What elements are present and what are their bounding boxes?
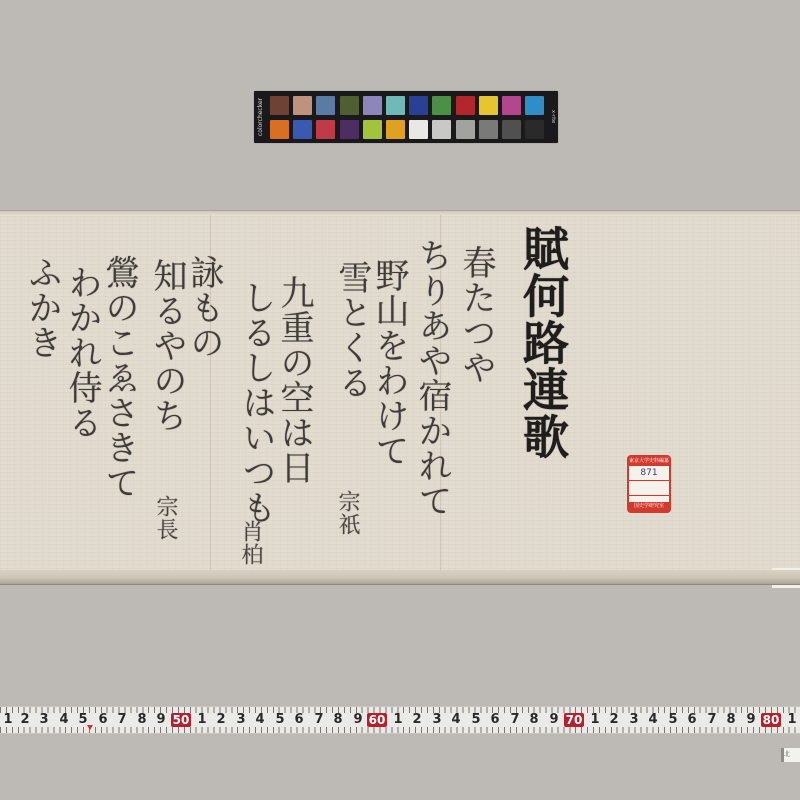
color-patch <box>363 96 382 115</box>
ruler-ticks-bottom <box>0 727 800 733</box>
color-patch <box>409 120 428 139</box>
calligraphy-column: 宗長 <box>150 495 181 541</box>
measuring-ruler: 1234567895012345678960123456789701234567… <box>0 706 800 734</box>
ruler-label: 8 <box>134 713 150 727</box>
ruler-label: 7 <box>114 713 130 727</box>
ruler-label: 8 <box>526 713 542 727</box>
color-patch <box>525 120 544 139</box>
x-rite-logo: x-rite <box>546 105 556 129</box>
corner-label: 北 <box>781 748 800 762</box>
color-patch <box>386 96 405 115</box>
color-patch <box>502 120 521 139</box>
ruler-label: 5 <box>75 713 91 727</box>
calligraphy-column: ふかき <box>18 255 67 360</box>
ruler-label: 6 <box>487 713 503 727</box>
collection-label: 東京大学史料編纂所 871 国史学研究室 <box>627 455 671 513</box>
calligraphy-column: しるしはいつも <box>232 280 281 525</box>
renga-title: 賦何路連歌 <box>510 225 576 460</box>
color-patch <box>293 96 312 115</box>
ruler-label: 4 <box>252 713 268 727</box>
label-catalog-number: 871 <box>629 466 669 481</box>
ruler-label: 1 <box>194 713 210 727</box>
calligraphy-column: 雪とくる <box>328 260 377 400</box>
ruler-label: 9 <box>350 713 366 727</box>
ruler-label: 2 <box>17 713 33 727</box>
ruler-label: 2 <box>213 713 229 727</box>
ruler-label: 5 <box>468 713 484 727</box>
ruler-label: 1 <box>390 713 406 727</box>
ruler-label: 5 <box>665 713 681 727</box>
calligraphy-text-area: 賦何路連歌 春たつやちりあや宿かれて野山をわけて雪とくる宗祇九重の空は日しるしは… <box>0 210 800 585</box>
ruler-label: 6 <box>291 713 307 727</box>
ruler-label: 3 <box>626 713 642 727</box>
ruler-major-label: 60 <box>367 713 387 727</box>
ruler-label: 4 <box>645 713 661 727</box>
color-patch <box>340 120 359 139</box>
label-top-band: 東京大学史料編纂所 <box>629 457 669 466</box>
ruler-label: 4 <box>56 713 72 727</box>
color-patch <box>456 120 475 139</box>
ruler-label: 8 <box>723 713 739 727</box>
calligraphy-column: ちりあや宿かれて <box>408 238 457 518</box>
ruler-label: 6 <box>684 713 700 727</box>
color-patch <box>502 96 521 115</box>
color-patch <box>386 120 405 139</box>
color-patch <box>270 96 289 115</box>
color-checker-grid <box>270 96 544 139</box>
color-patch <box>479 96 498 115</box>
color-patch <box>456 96 475 115</box>
ruler-label: 7 <box>311 713 327 727</box>
ruler-label: 7 <box>507 713 523 727</box>
ruler-label: 9 <box>546 713 562 727</box>
color-patch <box>293 120 312 139</box>
ruler-label: 7 <box>704 713 720 727</box>
calligraphy-column: 春たつや <box>452 245 501 385</box>
ruler-major-label: 80 <box>761 713 781 727</box>
color-patch <box>363 120 382 139</box>
label-blank-field <box>629 481 669 496</box>
color-patch <box>340 96 359 115</box>
ruler-label: 8 <box>330 713 346 727</box>
ruler-label: 3 <box>233 713 249 727</box>
ruler-label: 1 <box>784 713 800 727</box>
ruler-label: 4 <box>448 713 464 727</box>
ruler-label: 1 <box>587 713 603 727</box>
color-checker: colorchecker x-rite <box>254 91 558 143</box>
color-patch <box>316 96 335 115</box>
color-patch <box>525 96 544 115</box>
ruler-major-label: 70 <box>564 713 584 727</box>
ruler-label: 3 <box>429 713 445 727</box>
label-bottom-band: 国史学研究室 <box>629 502 669 511</box>
ruler-major-label: 50 <box>171 713 191 727</box>
color-patch <box>479 120 498 139</box>
calligraphy-column: 知るやのち <box>143 258 192 433</box>
ruler-label: 2 <box>409 713 425 727</box>
ruler-label: 2 <box>606 713 622 727</box>
ruler-label: 1 <box>0 713 16 727</box>
manuscript-scroll: 賦何路連歌 春たつやちりあや宿かれて野山をわけて雪とくる宗祇九重の空は日しるしは… <box>0 210 800 585</box>
color-patch <box>409 96 428 115</box>
ruler-label: 6 <box>95 713 111 727</box>
color-patch <box>270 120 289 139</box>
color-patch <box>432 120 451 139</box>
color-checker-brand: colorchecker <box>255 95 267 139</box>
color-patch <box>316 120 335 139</box>
ruler-label: 9 <box>743 713 759 727</box>
calligraphy-column: 肖柏 <box>235 520 266 566</box>
scroll-bottom-edge <box>0 570 800 585</box>
ruler-label: 3 <box>36 713 52 727</box>
calligraphy-column: 宗祇 <box>332 490 363 536</box>
ruler-label: 5 <box>272 713 288 727</box>
ruler-label: 9 <box>153 713 169 727</box>
color-patch <box>432 96 451 115</box>
